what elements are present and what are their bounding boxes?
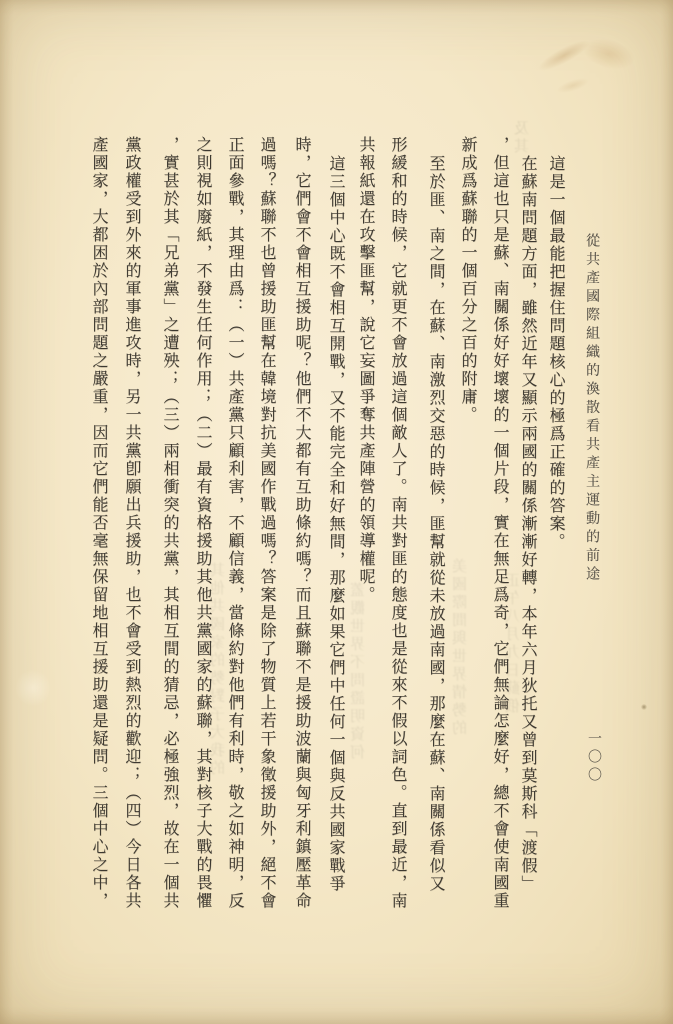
paper-stain xyxy=(535,35,593,75)
text-column: 共報紙還在攻擊匪幫，說它妄圖爭奪共產陣營的領導權呢。 xyxy=(355,136,375,936)
text-column: 時，它們會不會相互援助呢？他們不大都有互助條約嗎？而且蘇聯不是援助波蘭與匈牙利鎮… xyxy=(291,136,311,936)
margin-title: 從共產國際組織的渙散看共產主運動的前途 xyxy=(581,233,601,623)
paper-light-patch xyxy=(16,668,50,708)
text-column: ，但這也只是蘇、南關係好好壞壞的一個片段，實在無足爲奇，它們無論怎麼好，總不會使… xyxy=(489,136,509,936)
paper-stain xyxy=(580,34,637,74)
text-column: 形緩和的時候，它就更不會放過這個敵人了。南共對匪的態度也是從來不假以詞色。直到最… xyxy=(387,136,407,936)
text-column: 過嗎？蘇聯不也曾援助匪幫在韓境對抗美國作戰過嗎？答案是除了物質上若干象徵援助外，… xyxy=(256,136,276,936)
text-column: 新成爲蘇聯的一個百分之百的附庸。 xyxy=(457,136,477,936)
paper-speck xyxy=(641,704,647,710)
text-column: ，實甚於其「兄弟黨」之遭殃；（三）兩相衝突的共黨，其相互間的猜忌，必極強烈，故在… xyxy=(159,136,179,936)
text-column: 至於匪、南之間，在蘇、南激烈交惡的時候，匪幫就從未放過南國，那麼在蘇、南關係看似… xyxy=(425,136,445,955)
paper-stain xyxy=(555,75,591,96)
text-column: 這是一個最能把握住問題核心的極爲正確的答案。 xyxy=(545,136,565,955)
text-column: 之則視如廢紙，不發生任何作用；（二）最有資格援助其他共黨國家的蘇聯，其對核子大戰… xyxy=(192,136,212,936)
text-column: 黨政權受到外來的軍事進攻時，另一共黨卽願出兵援助，也不會受到熱烈的歡迎；（四）今… xyxy=(121,136,141,936)
text-column: 正面參戰，其理由爲：（一）共產黨只顧利害，不顧信義，當條約對他們有利時，敬之如神… xyxy=(224,136,244,936)
text-column: 產國家，大都困於內部問題之嚴重，因而它們能否毫無保留地相互援助還是疑問。三個中心… xyxy=(88,136,108,936)
page-number: 一〇〇 xyxy=(585,731,603,811)
scanned-page: 及其 正午八月九日蘇俄 美國際間與世界情勢的 蓋觀世界不問證明資何 其他共國家的… xyxy=(0,0,673,1024)
text-column: 這三個中心既不會相互開戰，又不能完全和好無間，那麼如果它們中任何一個與反共國家戰… xyxy=(325,136,345,955)
text-column: 在蘇南問題方面，雖然近年又顯示兩國的關係漸漸好轉，本年六月狄托又曾到莫斯科「渡假… xyxy=(517,136,537,955)
